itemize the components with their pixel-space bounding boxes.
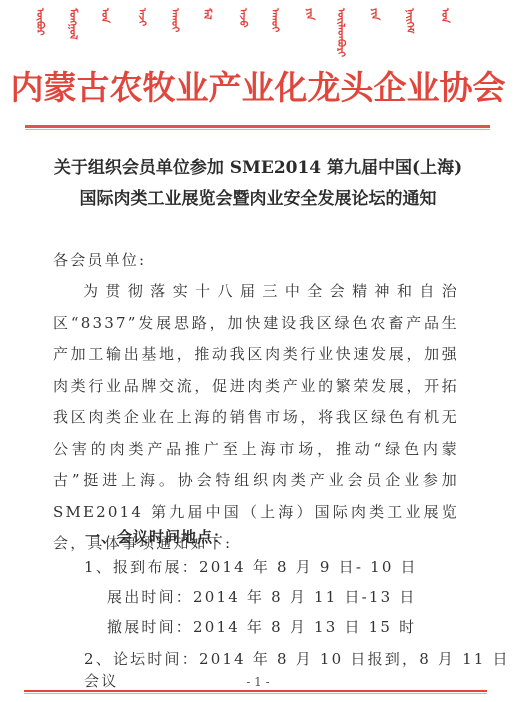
schedule-item: 1、报到布展：2014 年 8 月 9 日- 10 日 xyxy=(84,556,418,578)
schedule-item: 展出时间：2014 年 8 月 11 日-13 日 xyxy=(107,586,417,608)
organization-name: 内蒙古农牧业产业化龙头企业协会 xyxy=(0,68,516,108)
mongolian-word: ᠤᠨ xyxy=(100,8,109,23)
schedule-item: 撤展时间：2014 年 8 月 13 日 15 时 xyxy=(107,616,416,638)
mongolian-word: ᠠᠬᠤᠢ xyxy=(170,8,179,32)
mongolian-letterhead: ᠥᠪᠥᠷ ᠮᠣᠩᠭᠣᠯ ᠤᠨ ᠠᠵᠢ ᠠᠬᠤᠢ ᠮᠠᠯ ᠠᠵᠤ ᠠᠬᠤᠢ ᠶᠢᠨ… xyxy=(30,8,490,68)
section-heading: 一、会议时间地点： xyxy=(85,526,229,547)
mongolian-word: ᠮᠣᠩᠭᠣᠯ xyxy=(68,8,77,40)
body-paragraph: 为贯彻落实十八届三中全会精神和自治区“8337”发展思路，加快建设我区绿色农畜产… xyxy=(53,276,459,560)
footer-divider-thin xyxy=(24,693,487,694)
mongolian-word: ᠮᠠᠯ xyxy=(202,8,211,20)
mongolian-word: ᠶᠢᠨ xyxy=(370,8,379,20)
document-title-line2: 国际肉类工业展览会暨肉业安全发展论坛的通知 xyxy=(0,187,516,211)
mongolian-word: ᠥᠪᠥᠷ xyxy=(35,8,44,35)
header-divider xyxy=(25,125,490,128)
mongolian-word: ᠠᠵᠤ xyxy=(238,8,247,28)
salutation: 各会员单位: xyxy=(53,245,459,277)
mongolian-word: ᠠᠵᠢ xyxy=(137,8,146,26)
footer-divider xyxy=(24,690,487,692)
mongolian-word: ᠠᠬᠤᠢ xyxy=(270,8,279,32)
mongolian-word: ᠨᠡᠢᠭᠡᠮ xyxy=(405,8,414,34)
page-number: - 1 - xyxy=(0,675,516,689)
mongolian-word: ᠶᠢᠨ xyxy=(305,8,314,20)
document-title-line1: 关于组织会员单位参加 SME2014 第九届中国(上海) xyxy=(0,156,516,180)
header-divider-thin xyxy=(25,129,490,130)
mongolian-word: ᠤᠨ xyxy=(440,8,449,23)
mongolian-word: ᠦᠢᠯᠡᠳᠪᠦᠷᠢ xyxy=(336,8,345,57)
